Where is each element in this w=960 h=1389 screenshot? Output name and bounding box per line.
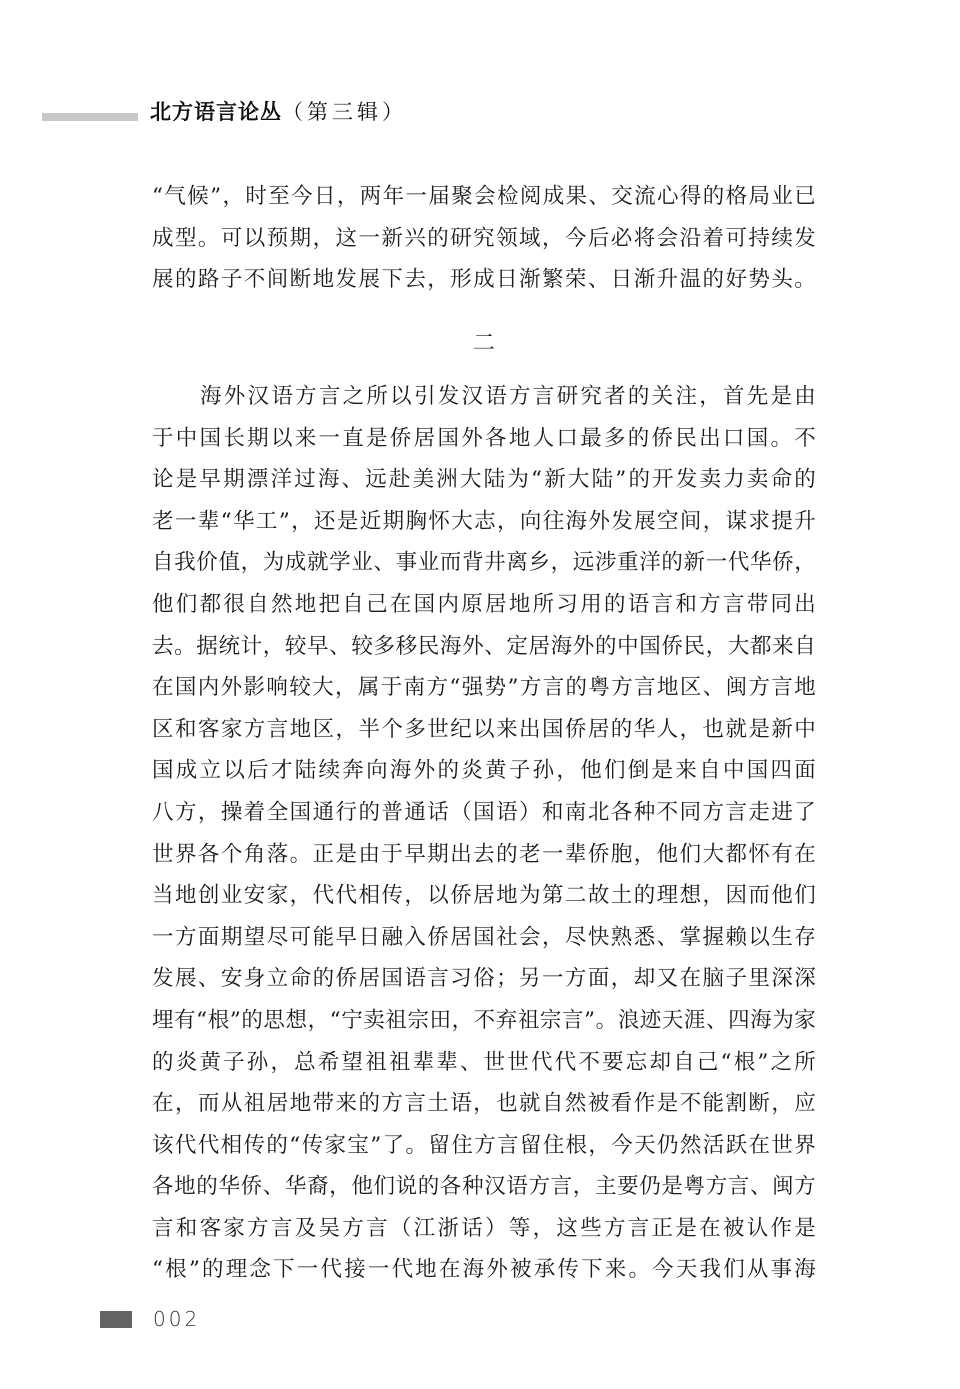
text-line: 他们都很自然地把自己在国内原居地所习用的语言和方言带同出 — [152, 584, 816, 626]
text-line: 一方面期望尽可能早日融入侨居国社会，尽快熟悉、掌握赖以生存 — [152, 917, 816, 959]
volume-label: （第三辑） — [282, 100, 407, 124]
text-line: 论是早期漂洋过海、远赴美洲大陆为“新大陆”的开发卖力卖命的 — [152, 459, 816, 501]
page-body: “气候”，时至今日，两年一届聚会检阅成果、交流心得的格局业已 成型。可以预期，这… — [152, 176, 816, 301]
text-line: 在国内外影响较大，属于南方“强势”方言的粤方言地区、闽方言地 — [152, 667, 816, 709]
text-line: 老一辈“华工”，还是近期胸怀大志，向往海外发展空间，谋求提升 — [152, 501, 816, 543]
book-title: 北方语言论丛（第三辑） — [150, 96, 407, 126]
text-line: “气候”，时至今日，两年一届聚会检阅成果、交流心得的格局业已 — [152, 176, 816, 218]
text-line: 海外汉语方言之所以引发汉语方言研究者的关注，首先是由 — [152, 376, 816, 418]
text-line: 埋有“根”的思想，“宁卖祖宗田，不弃祖宗言”。浪迹天涯、四海为家 — [152, 1000, 816, 1042]
text-line: 展的路子不间断地发展下去，形成日渐繁荣、日渐升温的好势头。 — [152, 259, 816, 301]
text-line: 去。据统计，较早、较多移民海外、定居海外的中国侨民，大都来自 — [152, 626, 816, 668]
text-line: 世界各个角落。正是由于早期出去的老一辈侨胞，他们大都怀有在 — [152, 834, 816, 876]
text-line: “根”的理念下一代接一代地在海外被承传下来。今天我们从事海 — [152, 1249, 816, 1291]
text-line: 各地的华侨、华裔，他们说的各种汉语方言，主要仍是粤方言、闽方 — [152, 1166, 816, 1208]
section-number: 二 — [473, 326, 495, 357]
text-line: 的炎黄子孙，总希望祖祖辈辈、世世代代不要忘却自己“根”之所 — [152, 1042, 816, 1084]
section-heading: 二 — [152, 326, 816, 356]
text-line: 自我价值，为成就学业、事业而背井离乡，远涉重洋的新一代华侨， — [152, 542, 816, 584]
text-line: 成型。可以预期，这一新兴的研究领域，今后必将会沿着可持续发 — [152, 218, 816, 260]
paragraph-2: 海外汉语方言之所以引发汉语方言研究者的关注，首先是由 于中国长期以来一直是侨居国… — [152, 376, 816, 1291]
text-line: 于中国长期以来一直是侨居国外各地人口最多的侨民出口国。不 — [152, 418, 816, 460]
text-line: 该代代相传的“传家宝”了。留住方言留住根，今天仍然活跃在世界 — [152, 1125, 816, 1167]
text-line: 当地创业安家，代代相传，以侨居地为第二故土的理想，因而他们 — [152, 875, 816, 917]
text-line: 在，而从祖居地带来的方言土语，也就自然被看作是不能割断，应 — [152, 1083, 816, 1125]
paragraph-1: “气候”，时至今日，两年一届聚会检阅成果、交流心得的格局业已 成型。可以预期，这… — [152, 176, 816, 301]
text-line: 国成立以后才陆续奔向海外的炎黄子孙，他们倒是来自中国四面 — [152, 750, 816, 792]
text-line: 发展、安身立命的侨居国语言习俗；另一方面，却又在脑子里深深 — [152, 958, 816, 1000]
book-title-text: 北方语言论丛 — [150, 99, 282, 124]
text-line: 区和客家方言地区，半个多世纪以来出国侨居的华人，也就是新中 — [152, 709, 816, 751]
page-number: 002 — [153, 1307, 200, 1331]
header-decoration-bar — [42, 113, 138, 121]
text-line: 八方，操着全国通行的普通话（国语）和南北各种不同方言走进了 — [152, 792, 816, 834]
text-line: 言和客家方言及吴方言（江浙话）等，这些方言正是在被认作是 — [152, 1208, 816, 1250]
footer-decoration-block — [100, 1311, 132, 1328]
